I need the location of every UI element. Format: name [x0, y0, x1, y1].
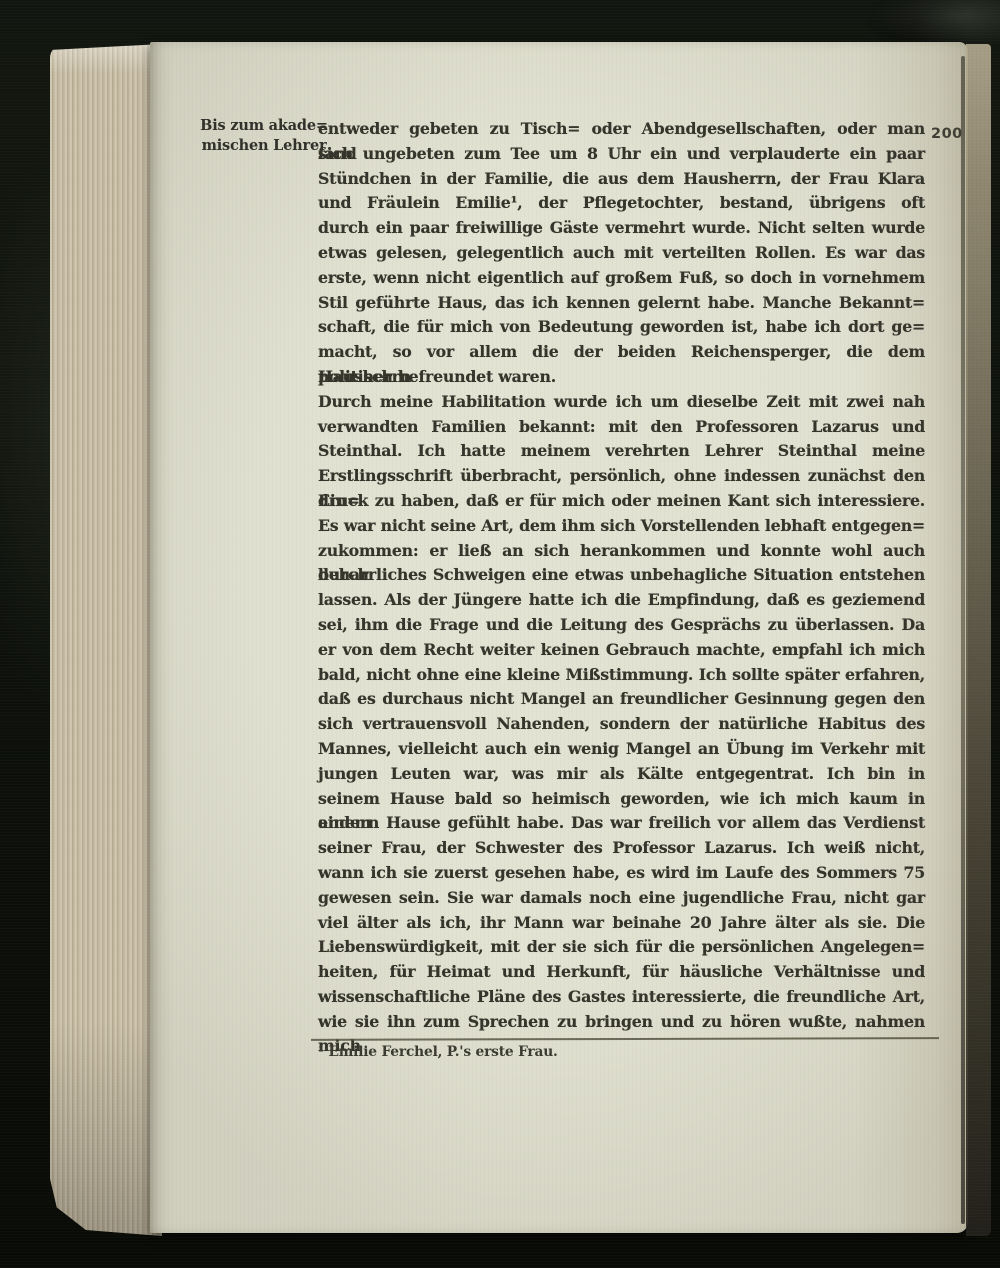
body-line: Stil geführte Haus, das ich kennen geler… [318, 291, 925, 316]
body-line: wie sie ihn zum Sprechen zu bringen und … [318, 1010, 925, 1035]
body-line: bald, nicht ohne eine kleine Mißstimmung… [318, 663, 925, 688]
body-line: jungen Leuten war, was mir als Kälte ent… [318, 762, 925, 787]
body-text: entweder gebeten zu Tisch= oder Abendges… [318, 117, 925, 1034]
footnote: ¹ Emilie Ferchel, P.'s erste Frau. [318, 1044, 925, 1060]
body-line: Stündchen in der Familie, die aus dem Ha… [318, 167, 925, 192]
body-line: sich vertrauensvoll Nahenden, sondern de… [318, 712, 925, 737]
body-line: Mannes, vielleicht auch ein wenig Mangel… [318, 737, 925, 762]
body-line: zukommen: er ließ an sich herankommen un… [318, 539, 925, 564]
body-line: etwas gelesen, gelegentlich auch mit ver… [318, 241, 925, 266]
body-line: erste, wenn nicht eigentlich auf großem … [318, 266, 925, 291]
body-line: seinem Hause bald so heimisch geworden, … [318, 787, 925, 812]
body-line: und Fräulein Emilie¹, der Pflegetochter,… [318, 191, 925, 216]
body-line: macht, so vor allem die der beiden Reich… [318, 340, 925, 365]
body-line: entweder gebeten zu Tisch= oder Abendges… [318, 117, 925, 142]
body-line: heiten, für Heimat und Herkunft, für häu… [318, 960, 925, 985]
margin-note: Bis zum akade= mischen Lehrer [198, 116, 330, 155]
body-line: politisch befreundet waren. [318, 365, 925, 390]
margin-note-line: Bis zum akade= [198, 116, 330, 136]
margin-note-line: mischen Lehrer [198, 136, 330, 156]
body-line: Erstlingsschrift überbracht, persönlich,… [318, 464, 925, 489]
body-line: Durch meine Habilitation wurde ich um di… [318, 390, 925, 415]
page-number: 200 [931, 126, 971, 142]
body-line: andern Hause gefühlt habe. Das war freil… [318, 811, 925, 836]
body-line: seiner Frau, der Schwester des Professor… [318, 836, 925, 861]
body-line: wissenschaftliche Pläne des Gastes inter… [318, 985, 925, 1010]
binding-fold-edge [966, 44, 991, 1236]
body-line: beharrliches Schweigen eine etwas unbeha… [318, 563, 925, 588]
body-line: sei, ihm die Frage und die Leitung des G… [318, 613, 925, 638]
body-line: gewesen sein. Sie war damals noch eine j… [318, 886, 925, 911]
body-line: wann ich sie zuerst gesehen habe, es wir… [318, 861, 925, 886]
body-line: verwandten Familien bekannt: mit den Pro… [318, 415, 925, 440]
body-line: Es war nicht seine Art, dem ihm sich Vor… [318, 514, 925, 539]
body-line: Liebenswürdigkeit, mit der sie sich für … [318, 935, 925, 960]
body-line: sich ungebeten zum Tee um 8 Uhr ein und … [318, 142, 925, 167]
body-line: daß es durchaus nicht Mangel an freundli… [318, 687, 925, 712]
body-line: viel älter als ich, ihr Mann war beinahe… [318, 911, 925, 936]
page-edge-stack [50, 44, 162, 1236]
body-line: lassen. Als der Jüngere hatte ich die Em… [318, 588, 925, 613]
body-line: durch ein paar freiwillige Gäste vermehr… [318, 216, 925, 241]
scanned-book-photo: Bis zum akade= mischen Lehrer 200 entwed… [0, 0, 1000, 1268]
body-line: er von dem Recht weiter keinen Gebrauch … [318, 638, 925, 663]
body-line: Steinthal. Ich hatte meinem verehrten Le… [318, 439, 925, 464]
page-crease [961, 56, 965, 1224]
body-line: druck zu haben, daß er für mich oder mei… [318, 489, 925, 514]
body-line: schaft, die für mich von Bedeutung gewor… [318, 315, 925, 340]
